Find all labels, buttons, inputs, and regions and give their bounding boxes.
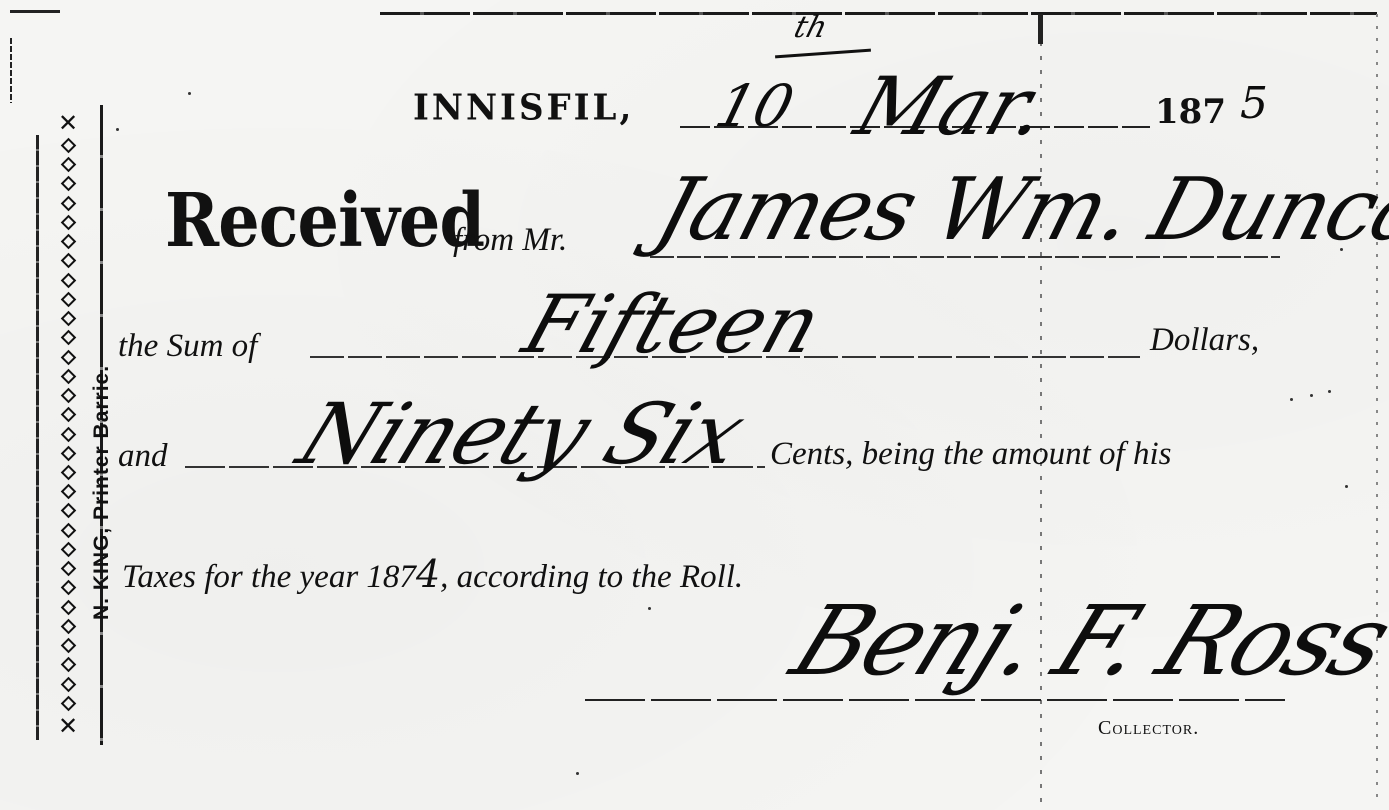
diamond-ornament-icon [60, 503, 76, 519]
cross-ornament-icon: ✕ [58, 715, 78, 737]
dollars-label: Dollars, [1150, 322, 1259, 359]
diamond-ornament-icon [60, 311, 76, 327]
diamond-ornament-icon [60, 195, 76, 211]
sum-label: the Sum of [118, 328, 257, 365]
diamond-ornament-icon [60, 676, 76, 692]
ink-speck [648, 607, 651, 610]
diamond-ornament-icon [60, 561, 76, 577]
receipt-paper: ✕ ✕ N. KING, Printer Barrie. INNISFIL, 1… [0, 0, 1389, 810]
diamond-ornament-icon [60, 253, 76, 269]
receipt-stub: ✕ ✕ N. KING, Printer Barrie. [18, 100, 108, 750]
border-rule-top [380, 12, 1377, 15]
diamond-ornament-icon [60, 407, 76, 423]
date-day-suffix: th [790, 10, 831, 45]
ink-speck [1328, 390, 1331, 393]
ink-speck [1345, 485, 1348, 488]
printer-credit: N. KING, Printer Barrie. [90, 365, 114, 620]
ink-speck [1340, 248, 1343, 251]
diamond-ornament-icon [60, 580, 76, 596]
border-rule-top-left [10, 10, 60, 13]
diamond-ornament-icon [60, 138, 76, 154]
diamond-ornament-strip [61, 138, 75, 711]
taxes-line-suffix: , according to the Roll. [440, 559, 743, 595]
from-label: from Mr. [453, 222, 567, 259]
taxes-line-prefix: Taxes for the year 187 [122, 559, 416, 595]
diamond-ornament-icon [60, 176, 76, 192]
diamond-ornament-icon [60, 426, 76, 442]
date-day: 10 [709, 72, 801, 140]
collector-title: Collector. [1098, 717, 1199, 740]
diamond-ornament-icon [60, 388, 76, 404]
ornament-column: ✕ ✕ [56, 112, 80, 737]
collector-signature: Benj. F. Ross [777, 585, 1389, 697]
taxes-line: Taxes for the year 1874, according to th… [122, 552, 743, 596]
ink-speck [576, 772, 579, 775]
dollars-amount-words: Fifteen [513, 278, 832, 371]
stub-rule-outer [36, 135, 39, 740]
diamond-ornament-icon [60, 696, 76, 712]
and-label: and [118, 438, 168, 475]
diamond-ornament-icon [60, 272, 76, 288]
ink-speck [1310, 394, 1313, 397]
diamond-ornament-icon [60, 522, 76, 538]
diamond-ornament-icon [60, 542, 76, 558]
diamond-ornament-icon [60, 292, 76, 308]
diamond-ornament-icon [60, 215, 76, 231]
ink-speck [116, 128, 119, 131]
date-suffix-underline [775, 49, 871, 59]
year-handwritten-digit: 5 [1240, 78, 1268, 129]
diamond-ornament-icon [60, 599, 76, 615]
diamond-ornament-icon [60, 619, 76, 635]
tax-year-digit: 4 [416, 552, 440, 596]
diamond-ornament-icon [60, 657, 76, 673]
diamond-ornament-icon [60, 465, 76, 481]
diamond-ornament-icon [60, 157, 76, 173]
signature-rule [585, 699, 1285, 701]
diamond-ornament-icon [60, 445, 76, 461]
diamond-ornament-icon [60, 369, 76, 385]
received-title: Received [165, 178, 484, 264]
ink-speck [1290, 398, 1293, 401]
diamond-ornament-icon [60, 234, 76, 250]
cross-ornament-icon: ✕ [58, 112, 78, 134]
diamond-ornament-icon [60, 349, 76, 365]
cents-amount-words: Ninety Six [285, 385, 758, 483]
diamond-ornament-icon [60, 330, 76, 346]
border-rule-right [1376, 14, 1378, 804]
payer-name: James Wm. Duncan [646, 160, 1389, 260]
diamond-ornament-icon [60, 638, 76, 654]
date-month: Mar. [845, 60, 1060, 153]
diamond-ornament-icon [60, 484, 76, 500]
place-name: INNISFIL, [413, 87, 634, 129]
year-printed: 187 [1155, 92, 1226, 132]
cents-label: Cents, being the amount of his [770, 436, 1171, 473]
border-rule-left [10, 38, 12, 103]
ink-speck [188, 92, 191, 95]
